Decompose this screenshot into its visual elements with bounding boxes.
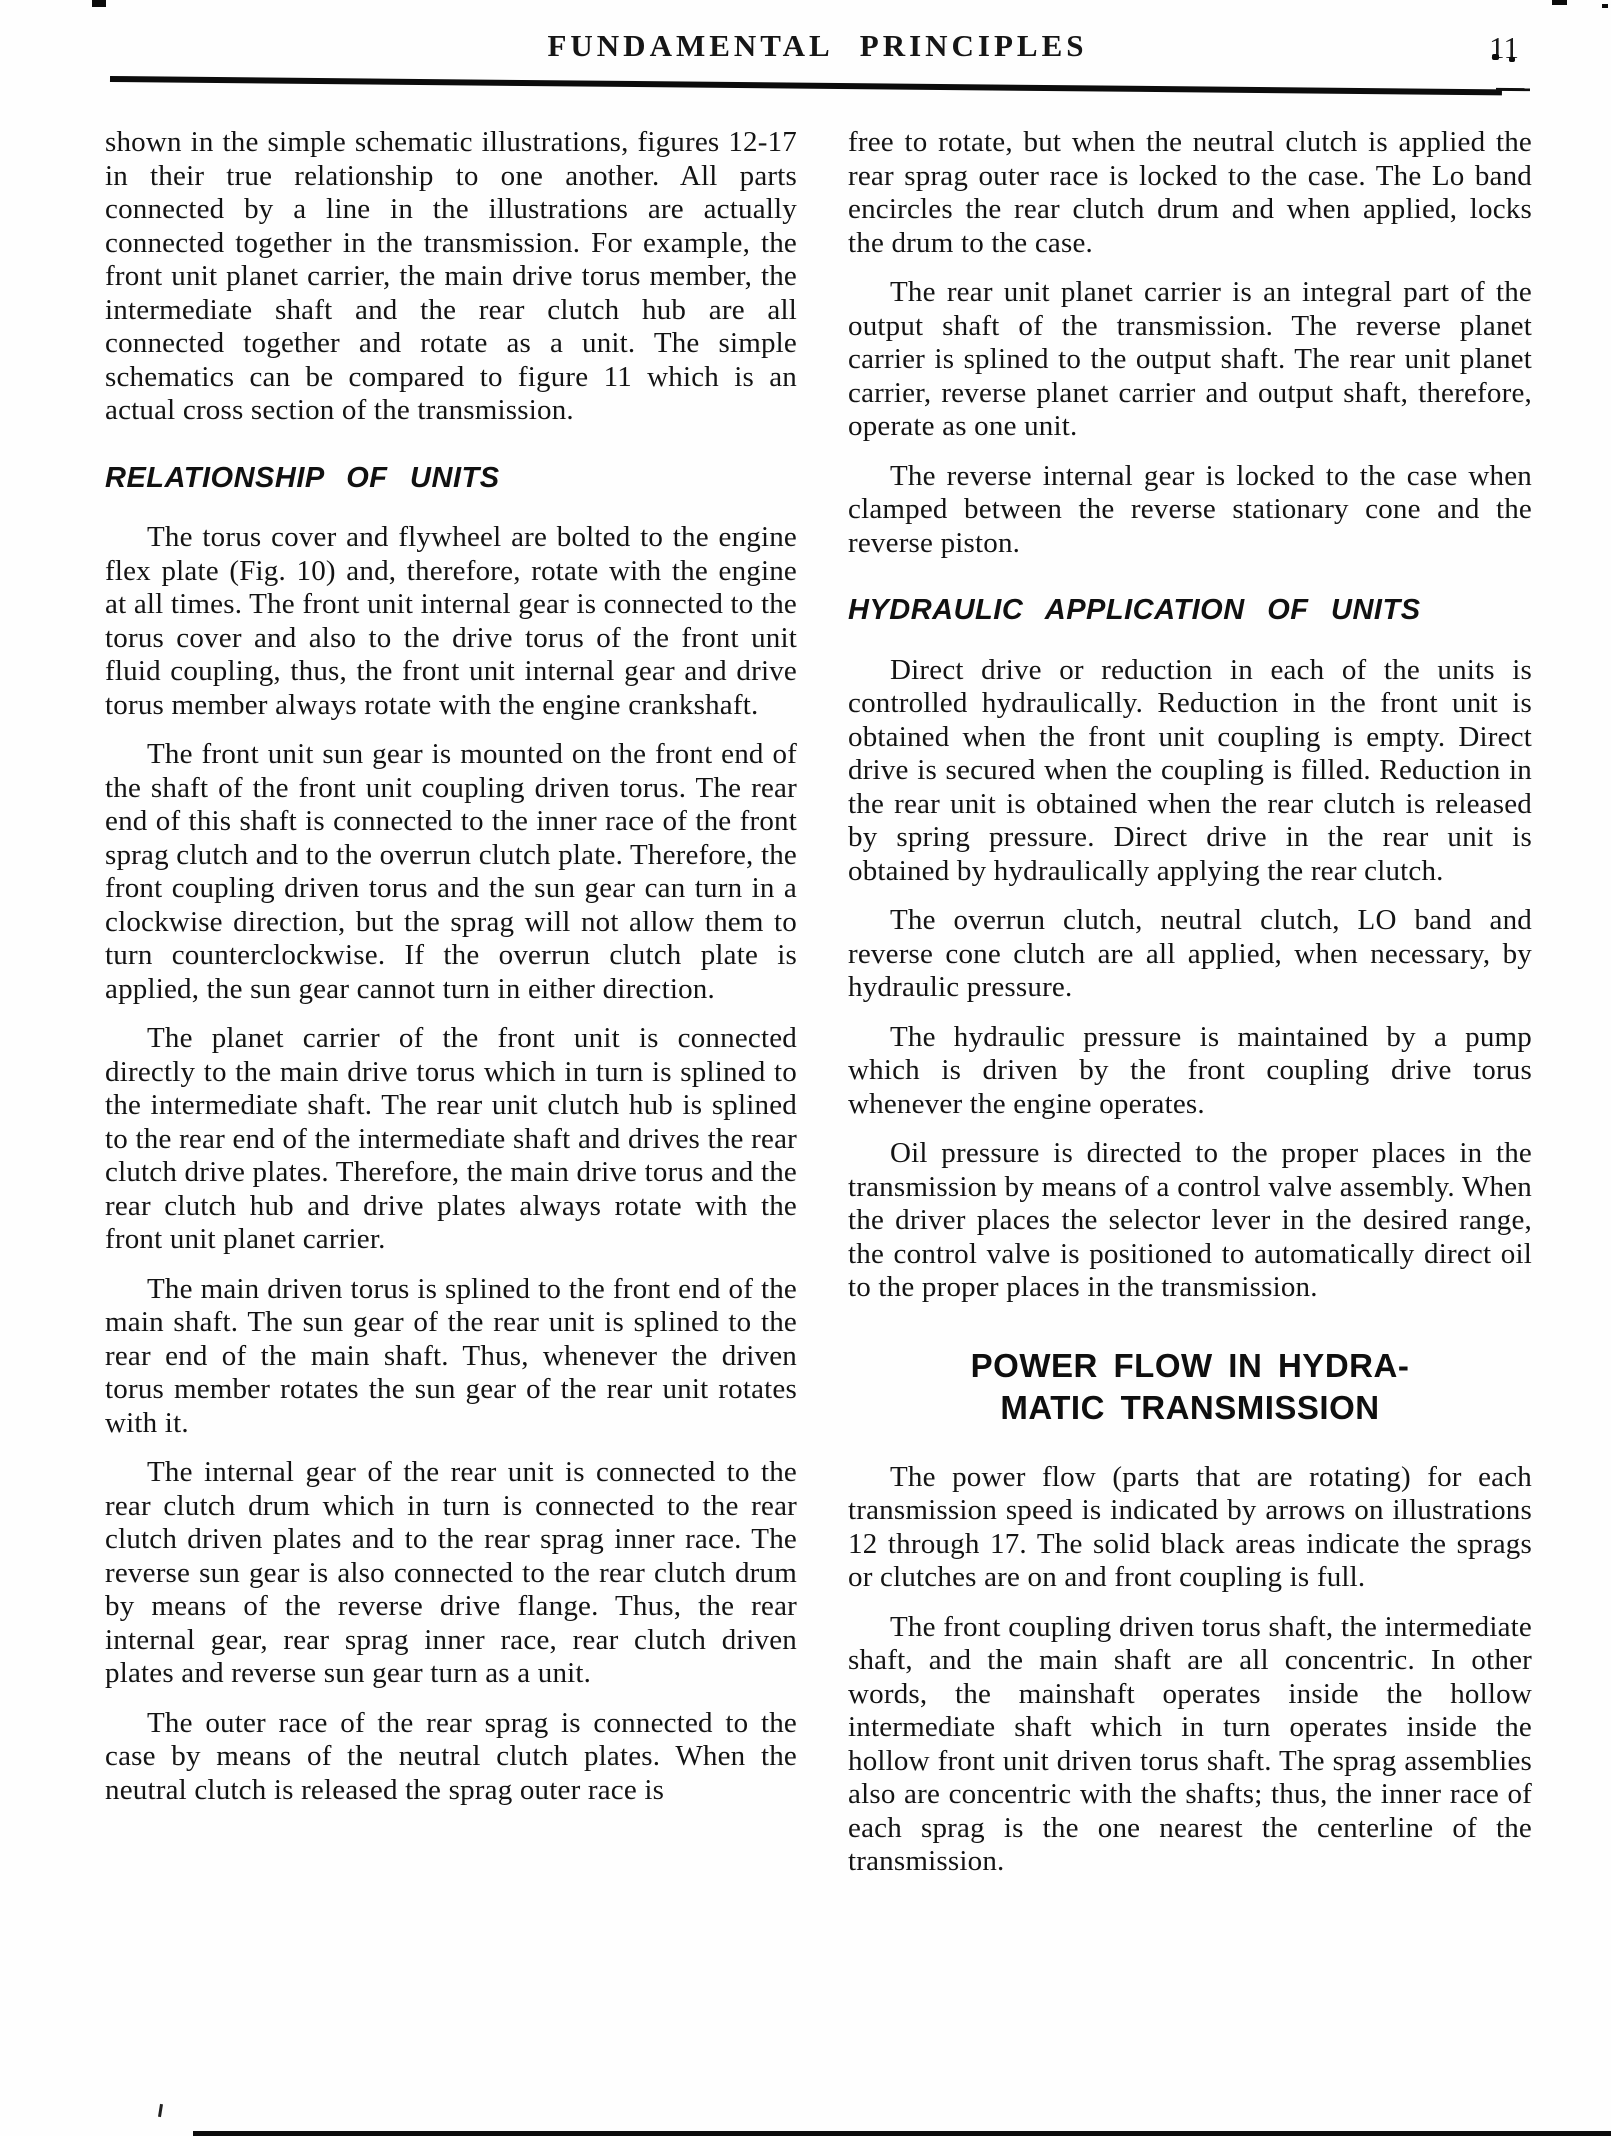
scan-artifact	[1509, 57, 1515, 62]
paragraph: The outer race of the rear sprag is conn…	[105, 1691, 797, 1808]
paragraph: The power flow (parts that are rotating)…	[848, 1445, 1532, 1595]
paragraph: The main driven torus is splined to the …	[105, 1257, 797, 1441]
scan-artifact	[1552, 0, 1567, 5]
page-title: FUNDAMENTAL PRINCIPLES	[105, 28, 1530, 64]
paragraph: The overrun clutch, neutral clutch, LO b…	[848, 888, 1532, 1005]
scan-artifact	[1602, 4, 1608, 8]
scan-artifact	[92, 0, 106, 7]
paragraph: The reverse internal gear is locked to t…	[848, 444, 1532, 561]
paragraph: The rear unit planet carrier is an integ…	[848, 260, 1532, 444]
paragraph: Direct drive or reduction in each of the…	[848, 638, 1532, 889]
scan-artifact	[1492, 54, 1499, 60]
scan-artifact-bottom-edge	[193, 2131, 1611, 2136]
section-heading-hydraulic-application-of-units: HYDRAULIC APPLICATION OF UNITS	[848, 594, 1532, 628]
section-heading-relationship-of-units: RELATIONSHIP OF UNITS	[105, 462, 797, 496]
manual-page: FUNDAMENTAL PRINCIPLES 11 shown in the s…	[0, 0, 1611, 2136]
header-rule-tail	[1496, 88, 1530, 91]
paragraph: The hydraulic pressure is maintained by …	[848, 1005, 1532, 1122]
scan-artifact	[158, 2104, 163, 2117]
right-column: free to rotate, but when the neutral clu…	[848, 126, 1532, 1879]
paragraph: The front coupling driven torus shaft, t…	[848, 1595, 1532, 1879]
header-rule	[110, 76, 1502, 95]
paragraph: Oil pressure is directed to the proper p…	[848, 1121, 1532, 1305]
paragraph-continued-from-left-column: free to rotate, but when the neutral clu…	[848, 126, 1532, 260]
paragraph: The torus cover and flywheel are bolted …	[105, 505, 797, 722]
paragraph: The internal gear of the rear unit is co…	[105, 1440, 797, 1691]
paragraph-continued-from-previous-page: shown in the simple schematic illustrati…	[105, 126, 797, 428]
paragraph: The planet carrier of the front unit is …	[105, 1006, 797, 1257]
section-heading-power-flow-in-hydra-matic-transmission: POWER FLOW IN HYDRA-MATIC TRANSMISSION	[930, 1345, 1450, 1429]
paragraph: The front unit sun gear is mounted on th…	[105, 722, 797, 1006]
left-column: shown in the simple schematic illustrati…	[105, 126, 797, 1807]
